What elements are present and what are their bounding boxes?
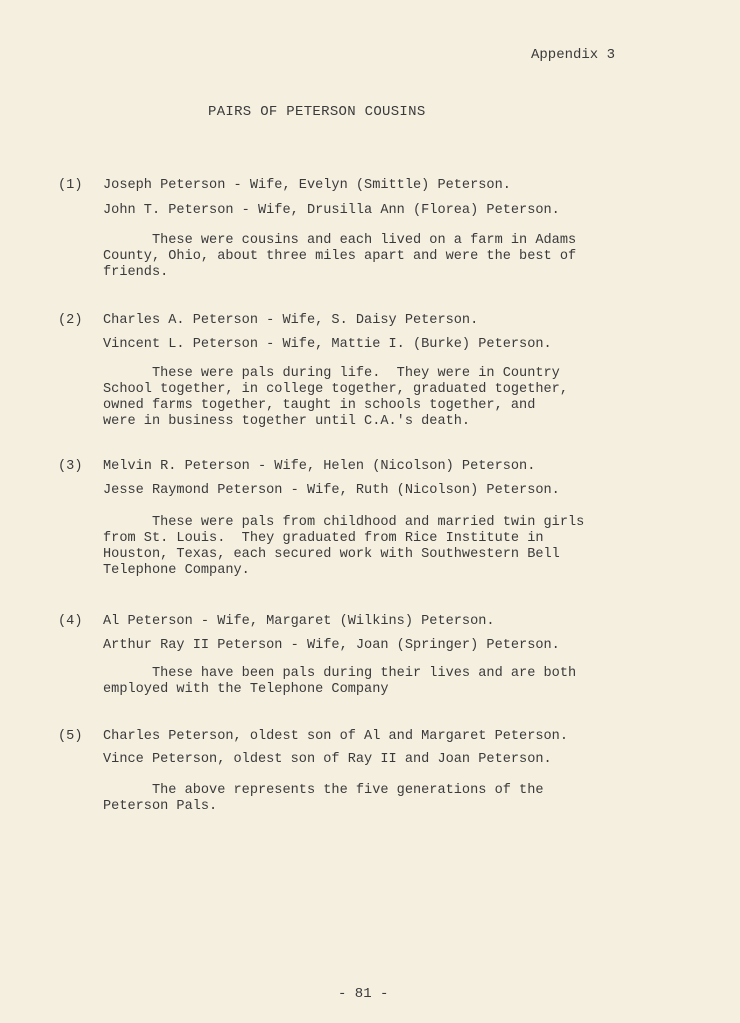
- entry-number: (5): [58, 729, 82, 744]
- entry-number: (3): [58, 459, 82, 474]
- entry-paragraph: These were cousins and each lived on a f…: [103, 233, 663, 281]
- entry-line-1: Charles A. Peterson - Wife, S. Daisy Pet…: [103, 313, 478, 328]
- entry-line-2: John T. Peterson - Wife, Drusilla Ann (F…: [103, 203, 560, 218]
- entry-line-1: Al Peterson - Wife, Margaret (Wilkins) P…: [103, 614, 495, 629]
- entry-paragraph: The above represents the five generation…: [103, 783, 663, 815]
- entry-paragraph: These were pals from childhood and marri…: [103, 515, 663, 579]
- entry-line-2: Arthur Ray II Peterson - Wife, Joan (Spr…: [103, 638, 560, 653]
- entry-line-2: Vince Peterson, oldest son of Ray II and…: [103, 752, 552, 767]
- appendix-label: Appendix 3: [531, 47, 615, 63]
- page-title: PAIRS OF PETERSON COUSINS: [208, 104, 426, 120]
- entry-number: (4): [58, 614, 82, 629]
- entry-line-1: Joseph Peterson - Wife, Evelyn (Smittle)…: [103, 178, 511, 193]
- page-number: - 81 -: [338, 986, 388, 1002]
- entry-line-2: Jesse Raymond Peterson - Wife, Ruth (Nic…: [103, 483, 560, 498]
- entry-number: (2): [58, 313, 82, 328]
- entry-line-1: Melvin R. Peterson - Wife, Helen (Nicols…: [103, 459, 535, 474]
- entry-paragraph: These were pals during life. They were i…: [103, 366, 663, 430]
- entry-number: (1): [58, 178, 82, 193]
- entry-line-2: Vincent L. Peterson - Wife, Mattie I. (B…: [103, 337, 552, 352]
- document-page: Appendix 3 PAIRS OF PETERSON COUSINS (1)…: [0, 0, 740, 1023]
- entry-line-1: Charles Peterson, oldest son of Al and M…: [103, 729, 568, 744]
- entry-paragraph: These have been pals during their lives …: [103, 666, 663, 698]
